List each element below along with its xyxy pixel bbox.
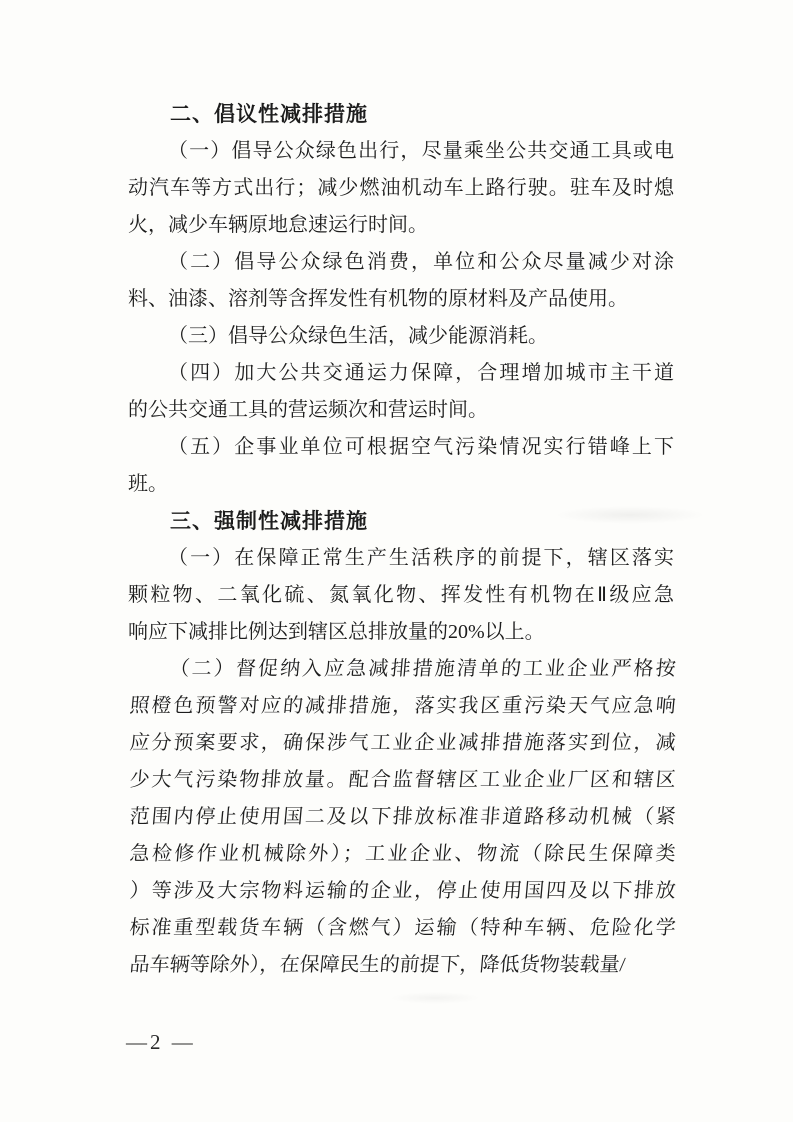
section-heading: 二、倡议性减排措施: [128, 96, 674, 133]
document-body: 二、倡议性减排措施（一）倡导公众绿色出行，尽量乘坐公共交通工具或电动汽车等方式出…: [128, 96, 674, 984]
paragraph: （五）企事业单位可根据空气污染情况实行错峰上下班。: [128, 429, 674, 503]
text-line: （一）倡导公众绿色出行，尽量乘坐公共交通工具或电: [128, 133, 674, 170]
text-line: 少大气污染物排放量。配合监督辖区工业企业厂区和辖区: [128, 762, 677, 799]
document-page: 二、倡议性减排措施（一）倡导公众绿色出行，尽量乘坐公共交通工具或电动汽车等方式出…: [0, 0, 793, 1122]
paragraph: （二）倡导公众绿色消费，单位和公众尽量减少对涂料、油漆、溶剂等含挥发性有机物的原…: [128, 244, 674, 318]
text-line: 动汽车等方式出行；减少燃油机动车上路行驶。驻车及时熄: [128, 170, 674, 207]
text-line: 火，减少车辆原地怠速运行时间。: [128, 207, 674, 244]
text-line: 照橙色预警对应的减排措施，落实我区重污染天气应急响: [128, 688, 677, 725]
section-heading: 三、强制性减排措施: [128, 503, 674, 540]
paragraph: （三）倡导公众绿色生活，减少能源消耗。: [128, 318, 674, 355]
text-line: 应分预案要求，确保涉气工业企业减排措施落实到位，减: [128, 725, 677, 762]
text-line: 标准重型载货车辆（含燃气）运输（特种车辆、危险化学: [128, 910, 677, 947]
text-line: （三）倡导公众绿色生活，减少能源消耗。: [128, 318, 674, 355]
text-line: 品车辆等除外），在保障民生的前提下，降低货物装载量/: [128, 947, 677, 984]
paragraph: （一）在保障正常生产生活秩序的前提下，辖区落实颗粒物、二氧化硫、氮氧化物、挥发性…: [128, 540, 674, 651]
text-line: ）等涉及大宗物料运输的企业，停止使用国四及以下排放: [128, 873, 677, 910]
text-line: （二）督促纳入应急减排措施清单的工业企业严格按: [128, 651, 677, 688]
text-line: 料、油漆、溶剂等含挥发性有机物的原材料及产品使用。: [128, 281, 674, 318]
scan-noise: [390, 992, 480, 1004]
text-line: （一）在保障正常生产生活秩序的前提下，辖区落实: [128, 540, 674, 577]
page-number: —2 —: [126, 1030, 196, 1055]
paragraph: （一）倡导公众绿色出行，尽量乘坐公共交通工具或电动汽车等方式出行；减少燃油机动车…: [128, 133, 674, 244]
text-line: 的公共交通工具的营运频次和营运时间。: [128, 392, 674, 429]
paragraph: （四）加大公共交通运力保障，合理增加城市主干道的公共交通工具的营运频次和营运时间…: [128, 355, 674, 429]
text-line: 急检修作业机械除外）；工业企业、物流（除民生保障类: [128, 836, 677, 873]
text-line: 范围内停止使用国二及以下排放标准非道路移动机械（紧: [128, 799, 677, 836]
text-line: （五）企事业单位可根据空气污染情况实行错峰上下: [128, 429, 674, 466]
text-line: （四）加大公共交通运力保障，合理增加城市主干道: [128, 355, 674, 392]
paragraph: （二）督促纳入应急减排措施清单的工业企业严格按照橙色预警对应的减排措施，落实我区…: [128, 651, 674, 984]
text-line: 颗粒物、二氧化硫、氮氧化物、挥发性有机物在Ⅱ级应急: [128, 577, 674, 614]
text-line: （二）倡导公众绿色消费，单位和公众尽量减少对涂: [128, 244, 674, 281]
text-line: 班。: [128, 466, 674, 503]
text-line: 响应下减排比例达到辖区总排放量的20%以上。: [128, 614, 674, 651]
